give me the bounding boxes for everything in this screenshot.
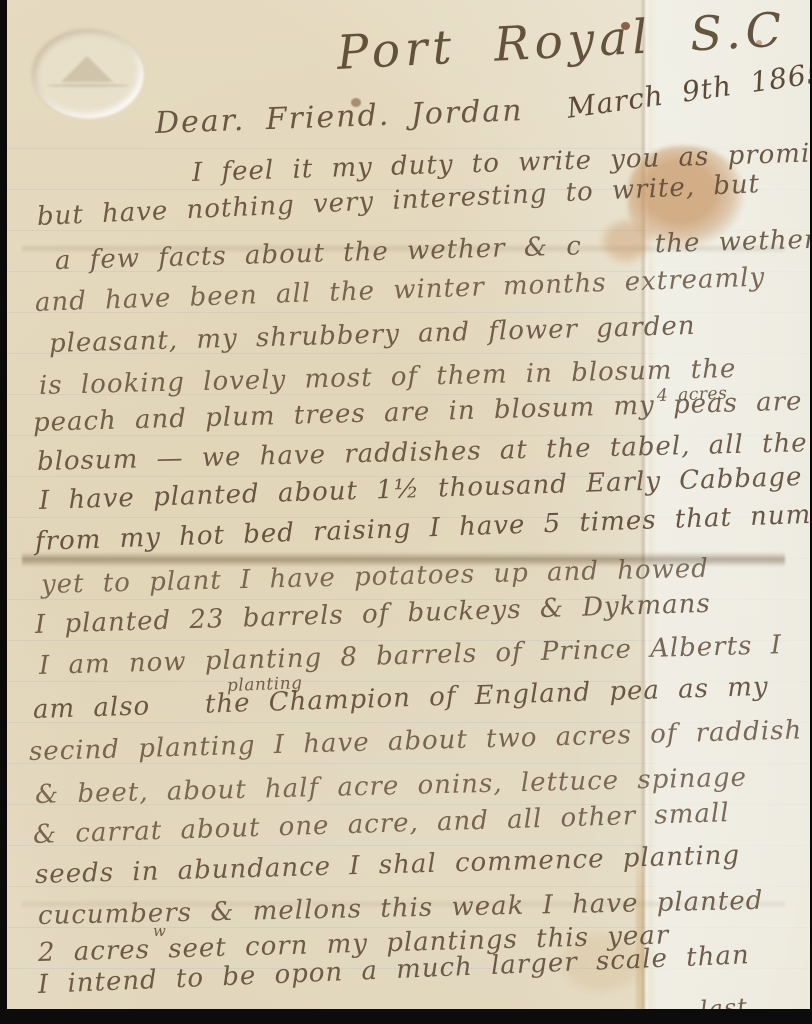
scanned-letter-page: Port Royal S.C March 9th 1865 Dear. Frie… [0, 0, 812, 1024]
seal-mountain-motif [61, 56, 113, 82]
embossed-seal-icon [33, 30, 143, 118]
salutation: Dear. Friend. Jordan [154, 93, 524, 141]
seal-ground-line [47, 84, 129, 87]
letter-paper: Port Royal S.C March 9th 1865 Dear. Frie… [7, 0, 810, 1009]
scan-edge-bottom [0, 1009, 812, 1024]
scan-edge-left [0, 0, 7, 1024]
